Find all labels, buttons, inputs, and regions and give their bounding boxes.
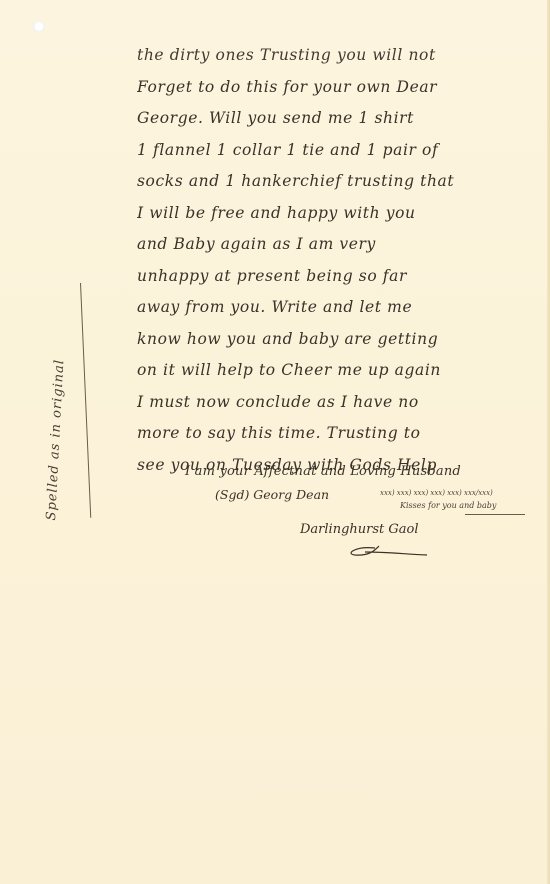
location-line: Darlinghurst Gaol <box>300 522 419 537</box>
letter-line: know how you and baby are getting <box>137 324 547 356</box>
flourish-icon <box>345 540 430 560</box>
letter-body: the dirty ones Trusting you will not For… <box>137 40 547 481</box>
letter-line: I must now conclude as I have no <box>137 387 547 419</box>
letter-page: Spelled as in original the dirty ones Tr… <box>0 0 550 884</box>
letter-line: away from you. Write and let me <box>137 292 547 324</box>
margin-annotation: Spelled as in original <box>44 359 67 521</box>
kisses-underline <box>465 514 525 515</box>
letter-line: Forget to do this for your own Dear <box>137 72 547 104</box>
letter-line: socks and 1 hankerchief trusting that <box>137 166 547 198</box>
letter-line: 1 flannel 1 collar 1 tie and 1 pair of <box>137 135 547 167</box>
signature: (Sgd) Georg Dean <box>215 487 329 502</box>
letter-line: on it will help to Cheer me up again <box>137 355 547 387</box>
letter-line: George. Will you send me 1 shirt <box>137 103 547 135</box>
margin-rule-line <box>80 283 91 518</box>
kisses-note: Kisses for you and baby <box>400 501 496 510</box>
letter-line: unhappy at present being so far <box>137 261 547 293</box>
letter-line: more to say this time. Trusting to <box>137 418 547 450</box>
letter-line: the dirty ones Trusting you will not <box>137 40 547 72</box>
letter-closing: I am your Affectnat and Loving Husband <box>185 464 461 479</box>
punch-hole <box>33 21 45 32</box>
kisses-marks: xxx) xxx) xxx) xxx) xxx) xxx/xxx) <box>380 489 493 497</box>
letter-line: and Baby again as I am very <box>137 229 547 261</box>
letter-line: I will be free and happy with you <box>137 198 547 230</box>
